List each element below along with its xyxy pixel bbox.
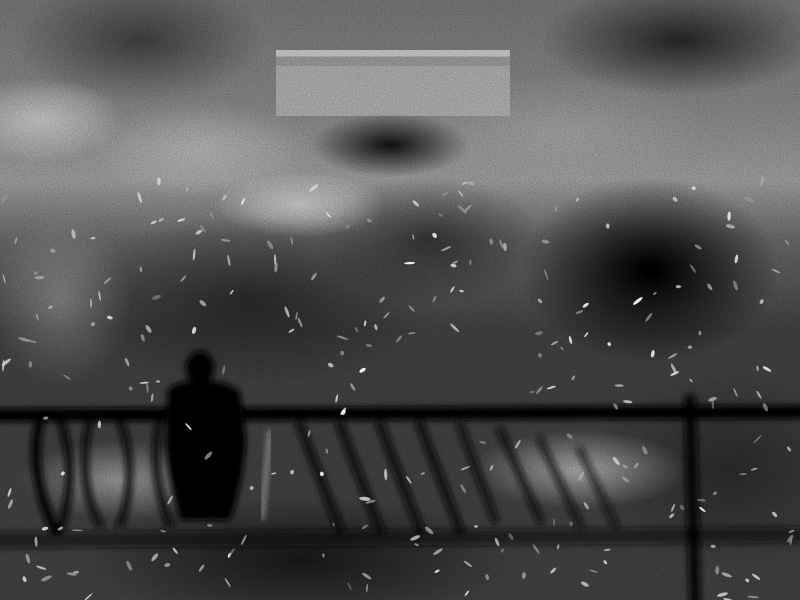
scattered-leaves — [0, 0, 800, 600]
puddle-reflection-photo — [0, 0, 800, 600]
